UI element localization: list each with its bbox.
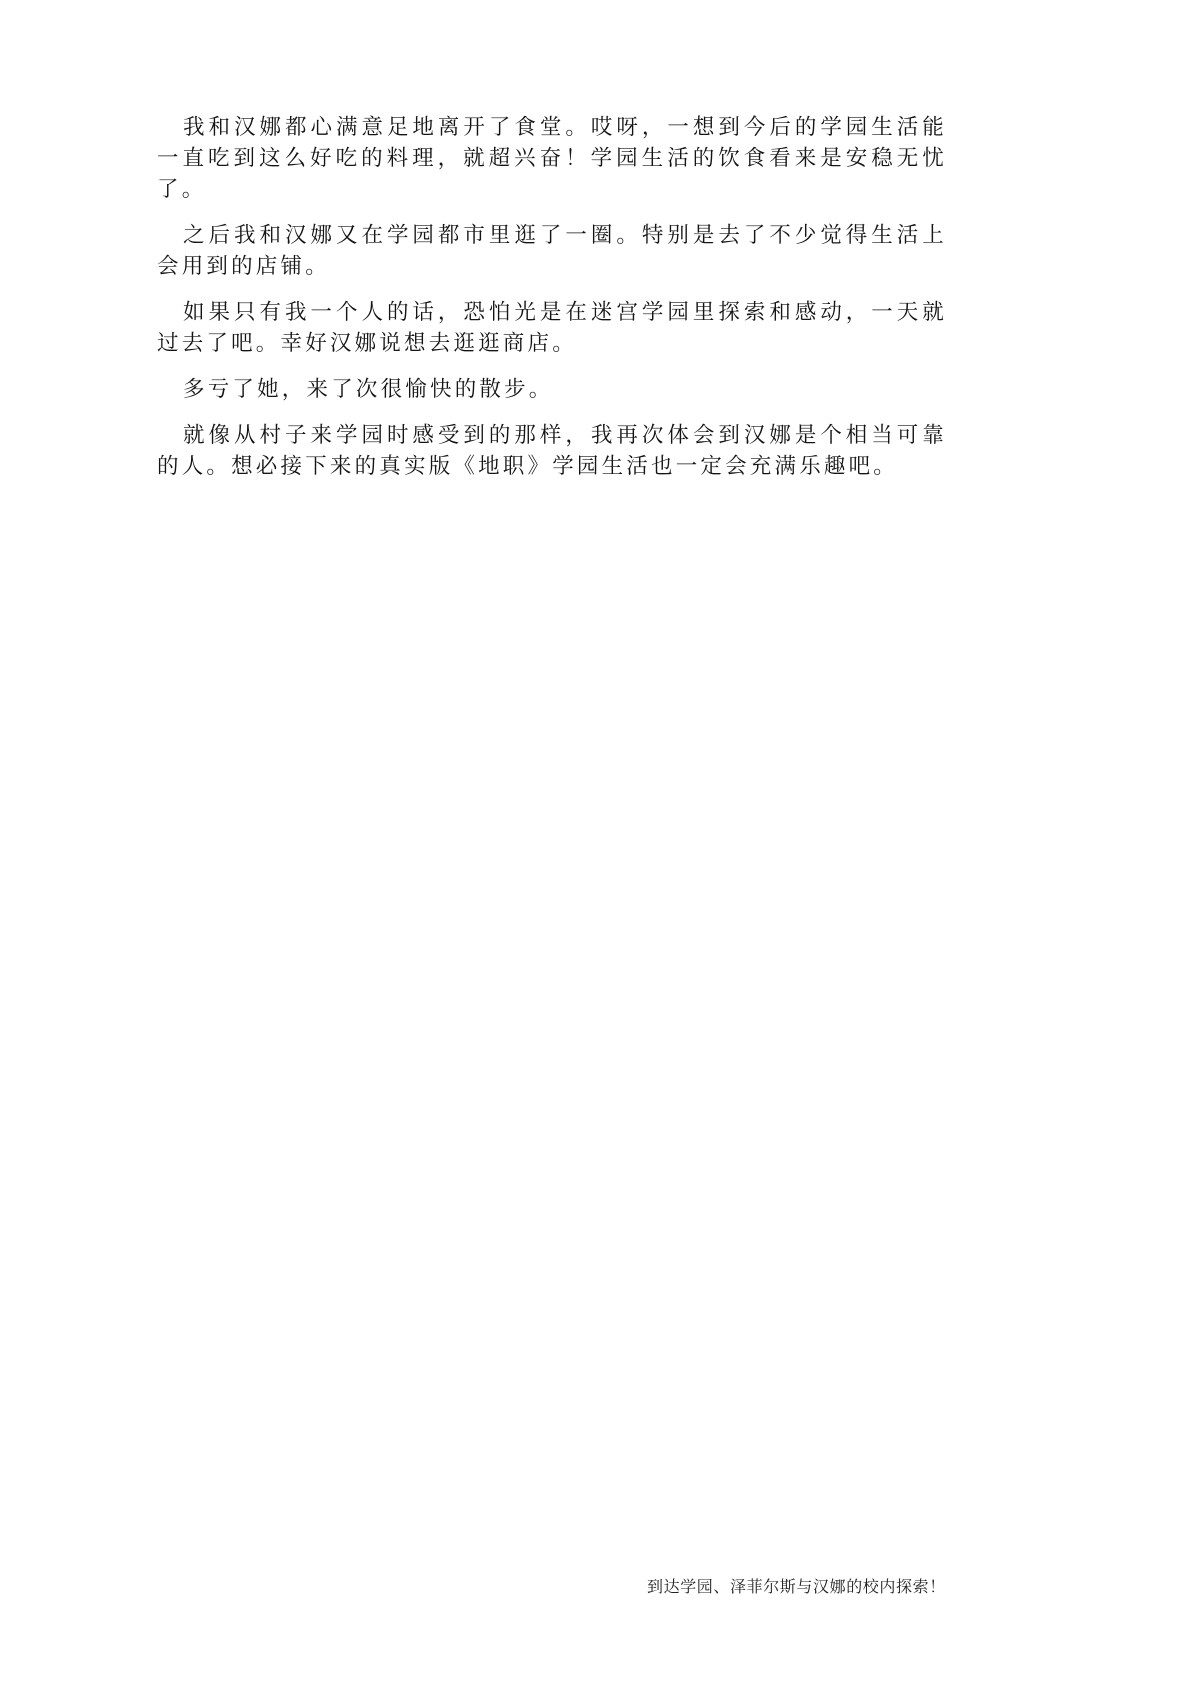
document-body: 我和汉娜都心满意足地离开了食堂。哎呀，一想到今后的学园生活能一直吃到这么好吃的料… <box>157 112 947 497</box>
paragraph: 之后我和汉娜又在学园都市里逛了一圈。特别是去了不少觉得生活上会用到的店铺。 <box>157 220 947 282</box>
paragraph: 如果只有我一个人的话，恐怕光是在迷宫学园里探索和感动，一天就过去了吧。幸好汉娜说… <box>157 297 947 359</box>
paragraph: 我和汉娜都心满意足地离开了食堂。哎呀，一想到今后的学园生活能一直吃到这么好吃的料… <box>157 112 947 205</box>
paragraph: 多亏了她，来了次很愉快的散步。 <box>157 374 947 405</box>
paragraph: 就像从村子来学园时感受到的那样，我再次体会到汉娜是个相当可靠的人。想必接下来的真… <box>157 420 947 482</box>
chapter-title-footer: 到达学园、泽菲尔斯与汉娜的校内探索！ <box>647 1576 946 1598</box>
